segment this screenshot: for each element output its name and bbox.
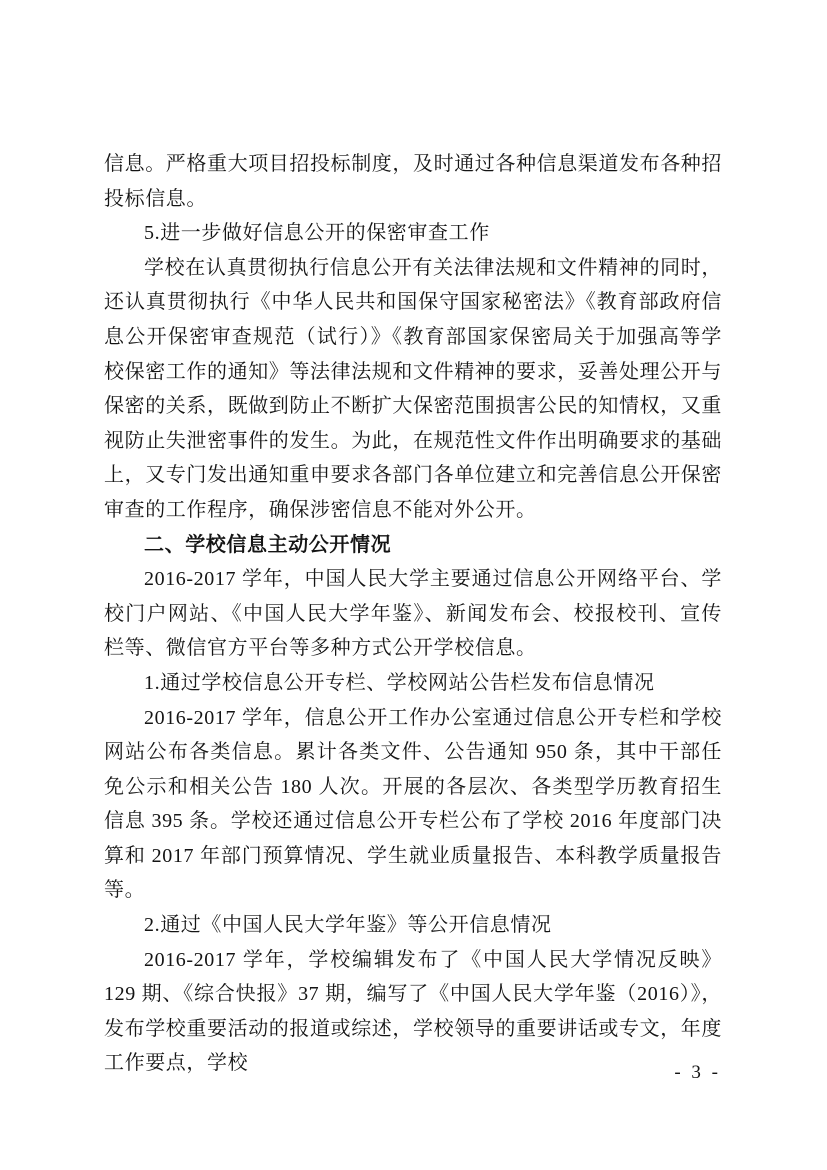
paragraph-disclosure-channels: 2016-2017 学年，中国人民大学主要通过信息公开网络平台、学校门户网站、《…: [104, 562, 722, 666]
paragraph-website-statistics: 2016-2017 学年，信息公开工作办公室通过信息公开专栏和学校网站公布各类信…: [104, 701, 722, 909]
paragraph-confidentiality-regulations: 学校在认真贯彻执行信息公开有关法律法规和文件精神的同时，还认真贯彻执行《中华人民…: [104, 251, 722, 528]
paragraph-yearbook-publications: 2016-2017 学年，学校编辑发布了《中国人民大学情况反映》129 期、《综…: [104, 943, 722, 1081]
paragraph-bidding-info-continuation: 信息。严格重大项目招投标制度，及时通过各种信息渠道发布各种招投标信息。: [104, 147, 722, 216]
numbered-heading-5-confidentiality-review: 5.进一步做好信息公开的保密审查工作: [104, 216, 722, 251]
numbered-heading-1-website-column: 1.通过学校信息公开专栏、学校网站公告栏发布信息情况: [104, 666, 722, 701]
numbered-heading-2-yearbook: 2.通过《中国人民大学年鉴》等公开信息情况: [104, 908, 722, 943]
document-body: 信息。严格重大项目招投标制度，及时通过各种信息渠道发布各种招投标信息。 5.进一…: [104, 147, 722, 1081]
document-page: 信息。严格重大项目招投标制度，及时通过各种信息渠道发布各种招投标信息。 5.进一…: [0, 0, 827, 1170]
page-number: - 3 -: [674, 1062, 721, 1084]
section-heading-proactive-disclosure: 二、学校信息主动公开情况: [104, 528, 722, 563]
